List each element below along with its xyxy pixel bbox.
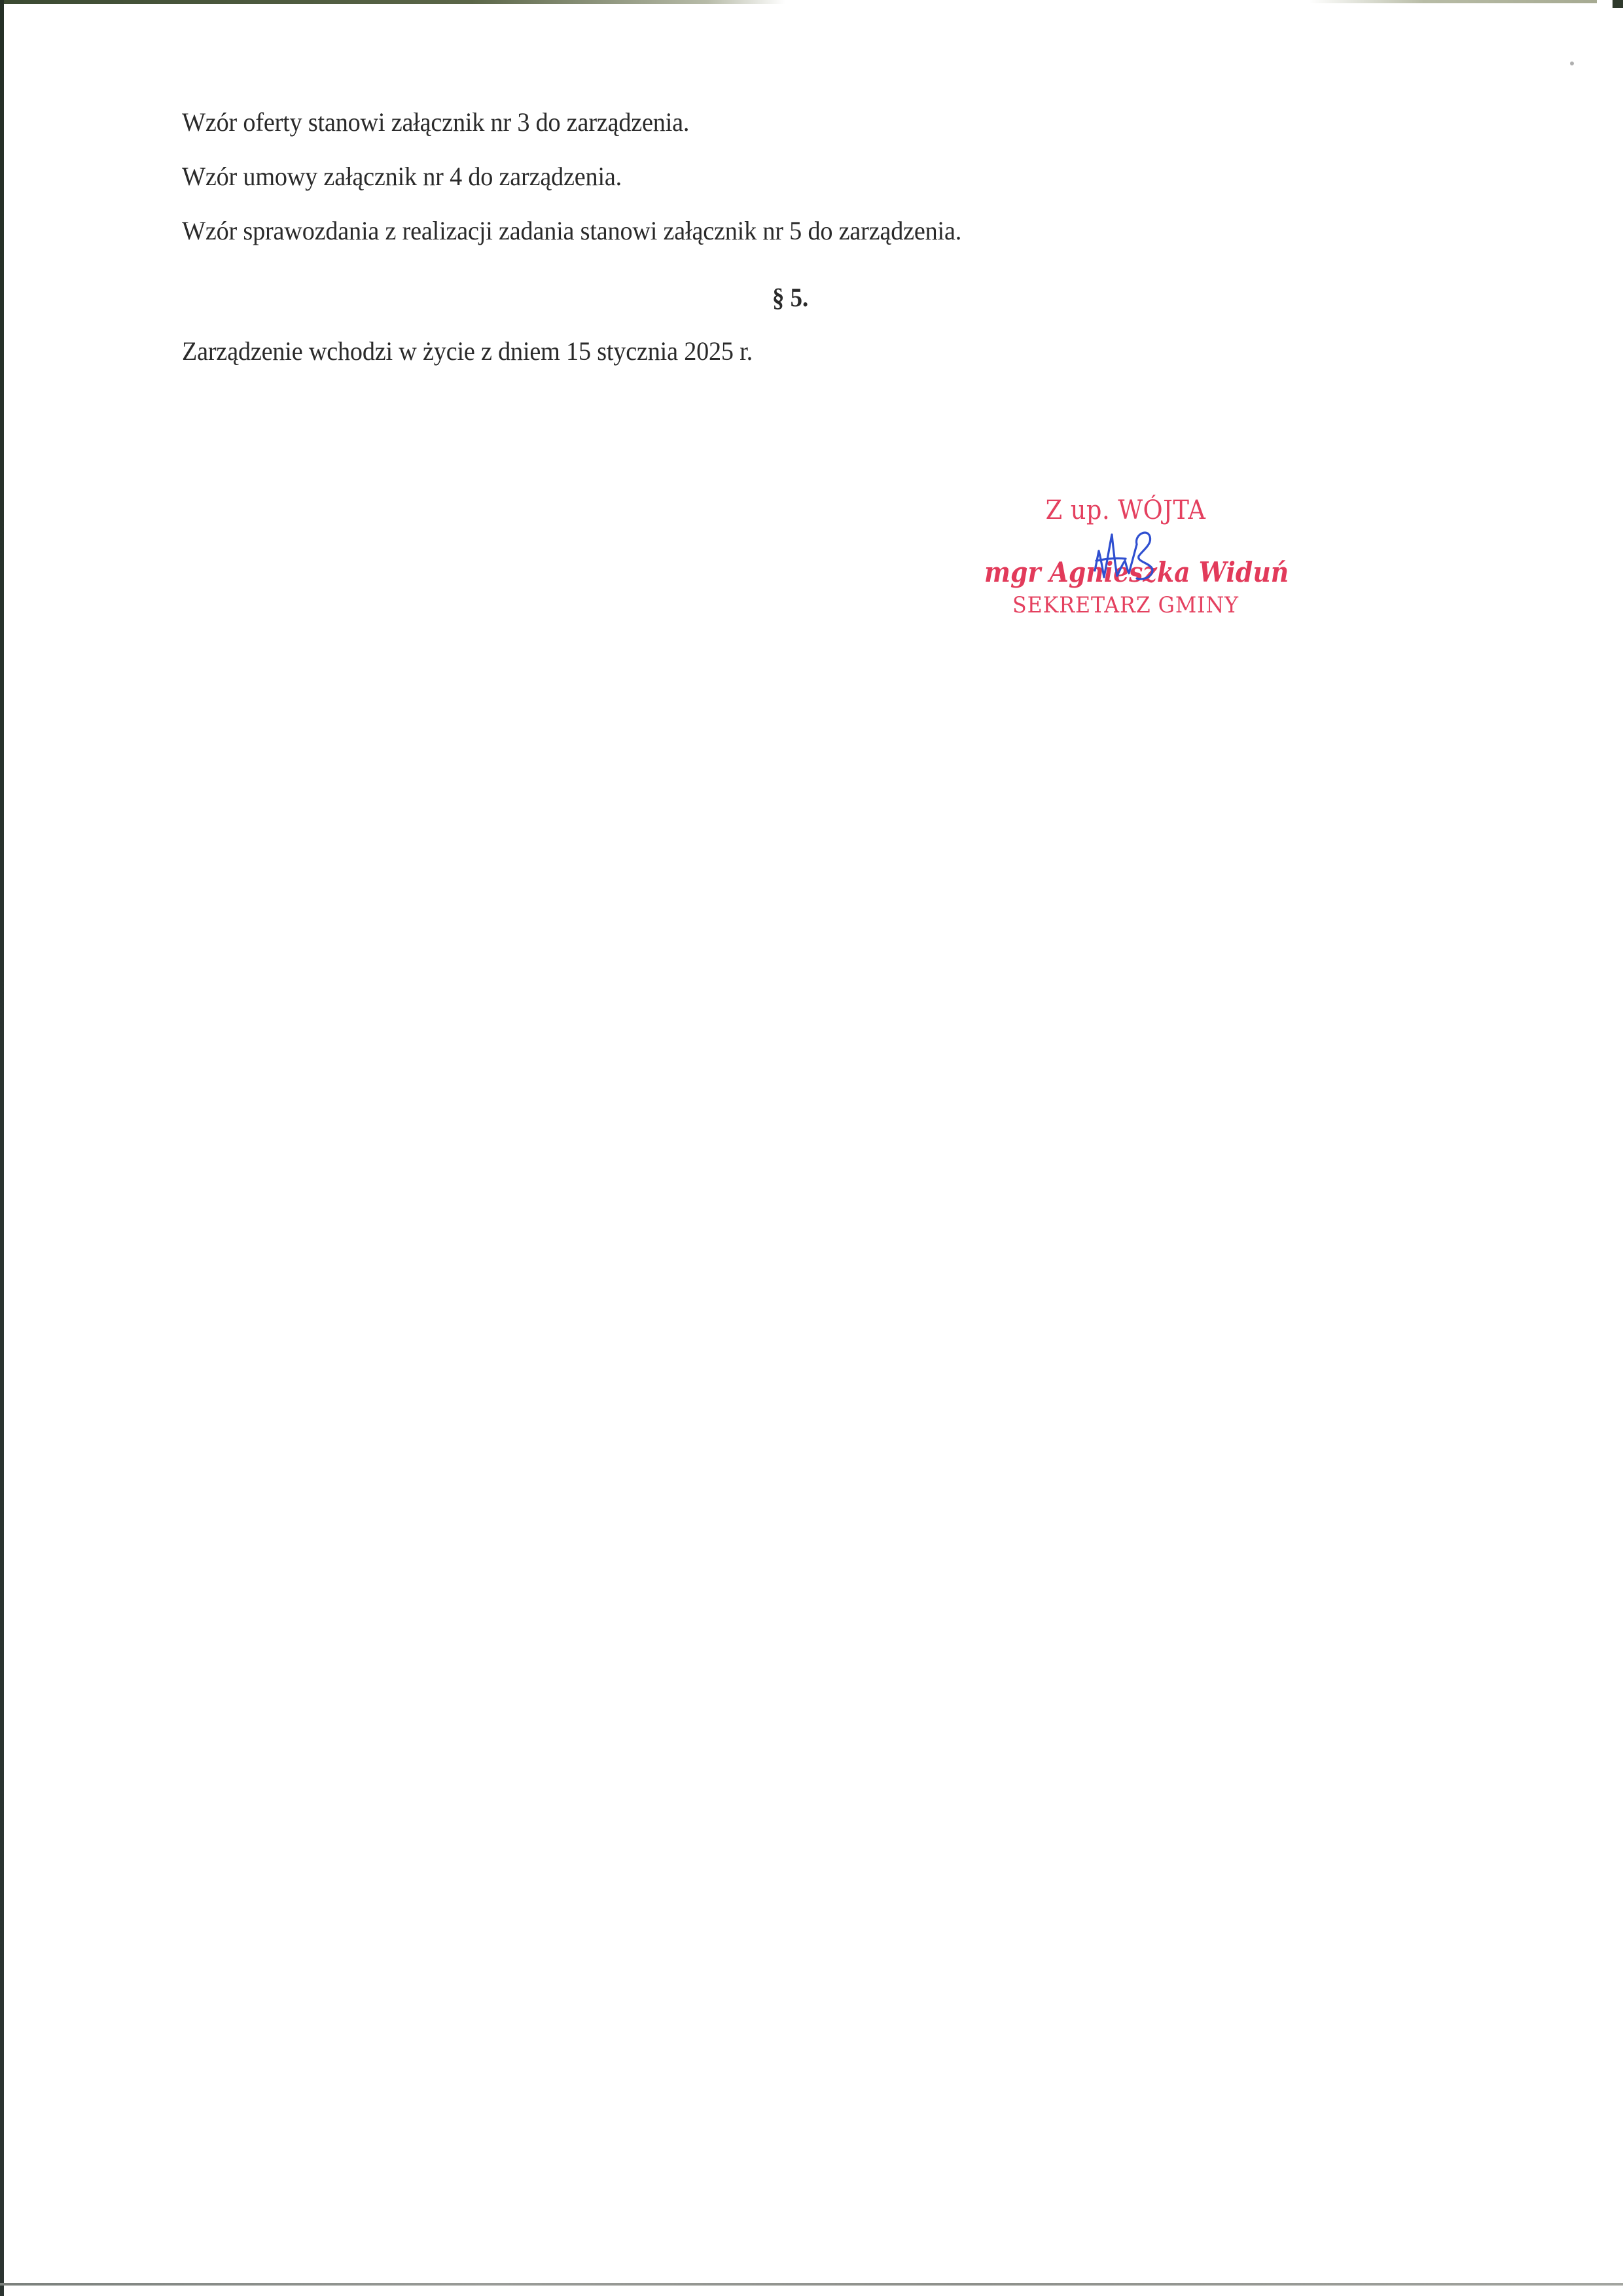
scan-corner [1613, 0, 1623, 8]
stamp-title: Z up. WÓJTA [981, 497, 1270, 523]
paragraph-effective-date: Zarządzenie wchodzi w życie z dniem 15 s… [182, 338, 753, 364]
scan-speck [1570, 62, 1574, 65]
section-heading: § 5. [772, 285, 808, 311]
paragraph-contract-template: Wzór umowy załącznik nr 4 do zarządzenia… [182, 164, 622, 190]
handwritten-signature-icon [1090, 525, 1168, 584]
stamp-role: SEKRETARZ GMINY [980, 594, 1272, 616]
scan-border-left [0, 0, 4, 2296]
paragraph-offer-template: Wzór oferty stanowi załącznik nr 3 do za… [182, 109, 689, 135]
official-stamp: Z up. WÓJTA mgr Agnieszka Widuń SEKRETAR… [969, 491, 1283, 622]
scan-border-bottom [0, 2283, 1623, 2286]
scan-border-top [0, 0, 785, 4]
paragraph-report-template: Wzór sprawozdania z realizacji zadania s… [182, 218, 961, 244]
scan-border-top-right [1309, 0, 1597, 3]
